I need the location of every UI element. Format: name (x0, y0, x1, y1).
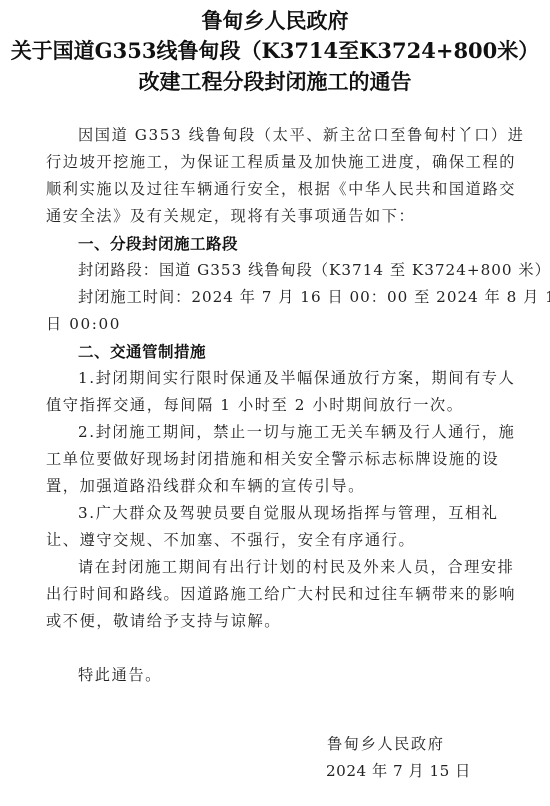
closing-line: 出行时间和路线。因道路施工给广大村民和过往车辆带来的影响 (46, 583, 516, 604)
closure-time-line: 日 00:00 (46, 313, 121, 334)
measure-3-line: 3.广大群众及驾驶员要自觉服从现场指挥与管理，互相礼 (78, 502, 499, 523)
measure-2-line: 2.封闭施工期间，禁止一切与施工无关车辆及行人通行，施 (78, 421, 515, 442)
intro-line: 通安全法》及有关规定，现将有关事项通告如下： (46, 205, 415, 226)
closure-time-line: 封闭施工时间：2024 年 7 月 16 日 00：00 至 2024 年 8 … (78, 286, 550, 307)
measure-2-line: 工单位要做好现场封闭措施和相关安全警示标志标牌设施的设 (46, 448, 499, 469)
intro-line: 因国道 G353 线鲁甸段（太平、新主岔口至鲁甸村丫口）进 (78, 124, 525, 145)
notice-title-line-3: 改建工程分段封闭施工的通告 (0, 68, 550, 96)
intro-line: 顺利实施以及过往车辆通行安全，根据《中华人民共和国道路交 (46, 178, 516, 199)
closing-line: 请在封闭施工期间有出行计划的村民及外来人员，合理安排 (78, 556, 514, 577)
section-heading-traffic-control: 二、交通管制措施 (78, 340, 206, 362)
measure-1-line: 1.封闭期间实行限时保通及半幅保通放行方案，期间有专人 (78, 367, 515, 388)
measure-2-line: 置，加强道路沿线群众和车辆的宣传引导。 (46, 475, 365, 496)
measure-1-line: 值守指挥交通，每间隔 1 小时至 2 小时期间放行一次。 (46, 394, 464, 415)
issue-date: 2024 年 7 月 15 日 (326, 760, 471, 781)
closing-line: 或不便，敬请给予支持与谅解。 (46, 610, 281, 631)
issuer-title: 鲁甸乡人民政府 (0, 7, 550, 35)
measure-3-line: 让、遵守交规、不加塞、不强行，安全有序通行。 (46, 529, 415, 550)
issuer-signature: 鲁甸乡人民政府 (327, 733, 445, 754)
closure-segment-line: 封闭路段：国道 G353 线鲁甸段（K3714 至 K3724+800 米） (78, 259, 550, 280)
sign-off: 特此通告。 (78, 664, 162, 685)
notice-title-line-2: 关于国道G353线鲁甸段（K3714至K3724+800米） (0, 37, 550, 65)
intro-line: 行边坡开挖施工，为保证工程质量及加快施工进度，确保工程的 (46, 151, 516, 172)
section-heading-closure-segment: 一、分段封闭施工路段 (78, 232, 238, 254)
